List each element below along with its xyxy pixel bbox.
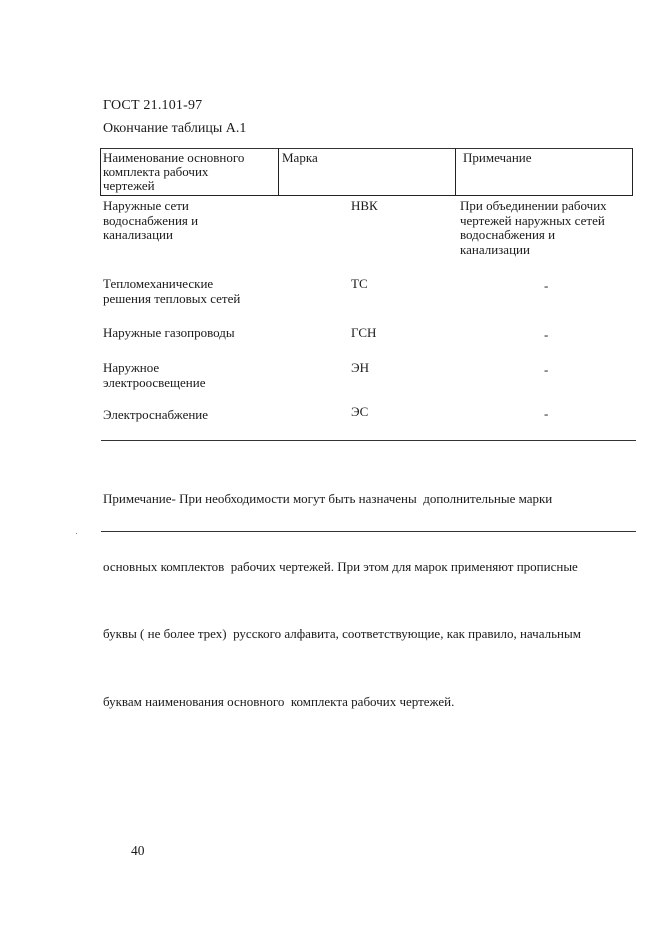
table-row-name: Наружное электроосвещение xyxy=(103,361,278,390)
table-row-name: Наружные газопроводы xyxy=(103,326,278,341)
column-divider xyxy=(278,148,279,196)
table-row-note: При объединении рабочих чертежей наружны… xyxy=(460,199,640,257)
table-row-mark: ЭН xyxy=(351,361,369,376)
table-row-mark: НВК xyxy=(351,199,378,214)
table-row-note: - xyxy=(544,363,548,378)
table-row-name: Наружные сети водоснабжения и канализаци… xyxy=(103,199,278,243)
table-row-note: - xyxy=(544,407,548,422)
scan-speck xyxy=(76,533,77,534)
table-row-mark: ЭС xyxy=(351,405,368,420)
table-row-note: - xyxy=(544,279,548,294)
table-row-mark: ТС xyxy=(351,277,368,292)
table-row-mark: ГСН xyxy=(351,326,376,341)
column-header-note: Примечание xyxy=(463,151,532,165)
column-header-mark: Марка xyxy=(282,151,318,165)
footnote-bottom-rule xyxy=(101,531,636,532)
table-row-name: Тепломеханические решения тепловых сетей xyxy=(103,277,278,306)
footnote-text: Примечание- При необходимости могут быть… xyxy=(103,443,643,736)
footnote-top-rule xyxy=(101,440,636,441)
table-row-note: - xyxy=(544,328,548,343)
table-caption: Окончание таблицы А.1 xyxy=(103,121,246,137)
column-divider xyxy=(455,148,456,196)
page-number: 40 xyxy=(131,843,145,859)
column-header-name: Наименование основного комплекта рабочих… xyxy=(103,151,275,193)
document-code: ГОСТ 21.101-97 xyxy=(103,98,202,114)
table-row-name: Электроснабжение xyxy=(103,408,278,423)
